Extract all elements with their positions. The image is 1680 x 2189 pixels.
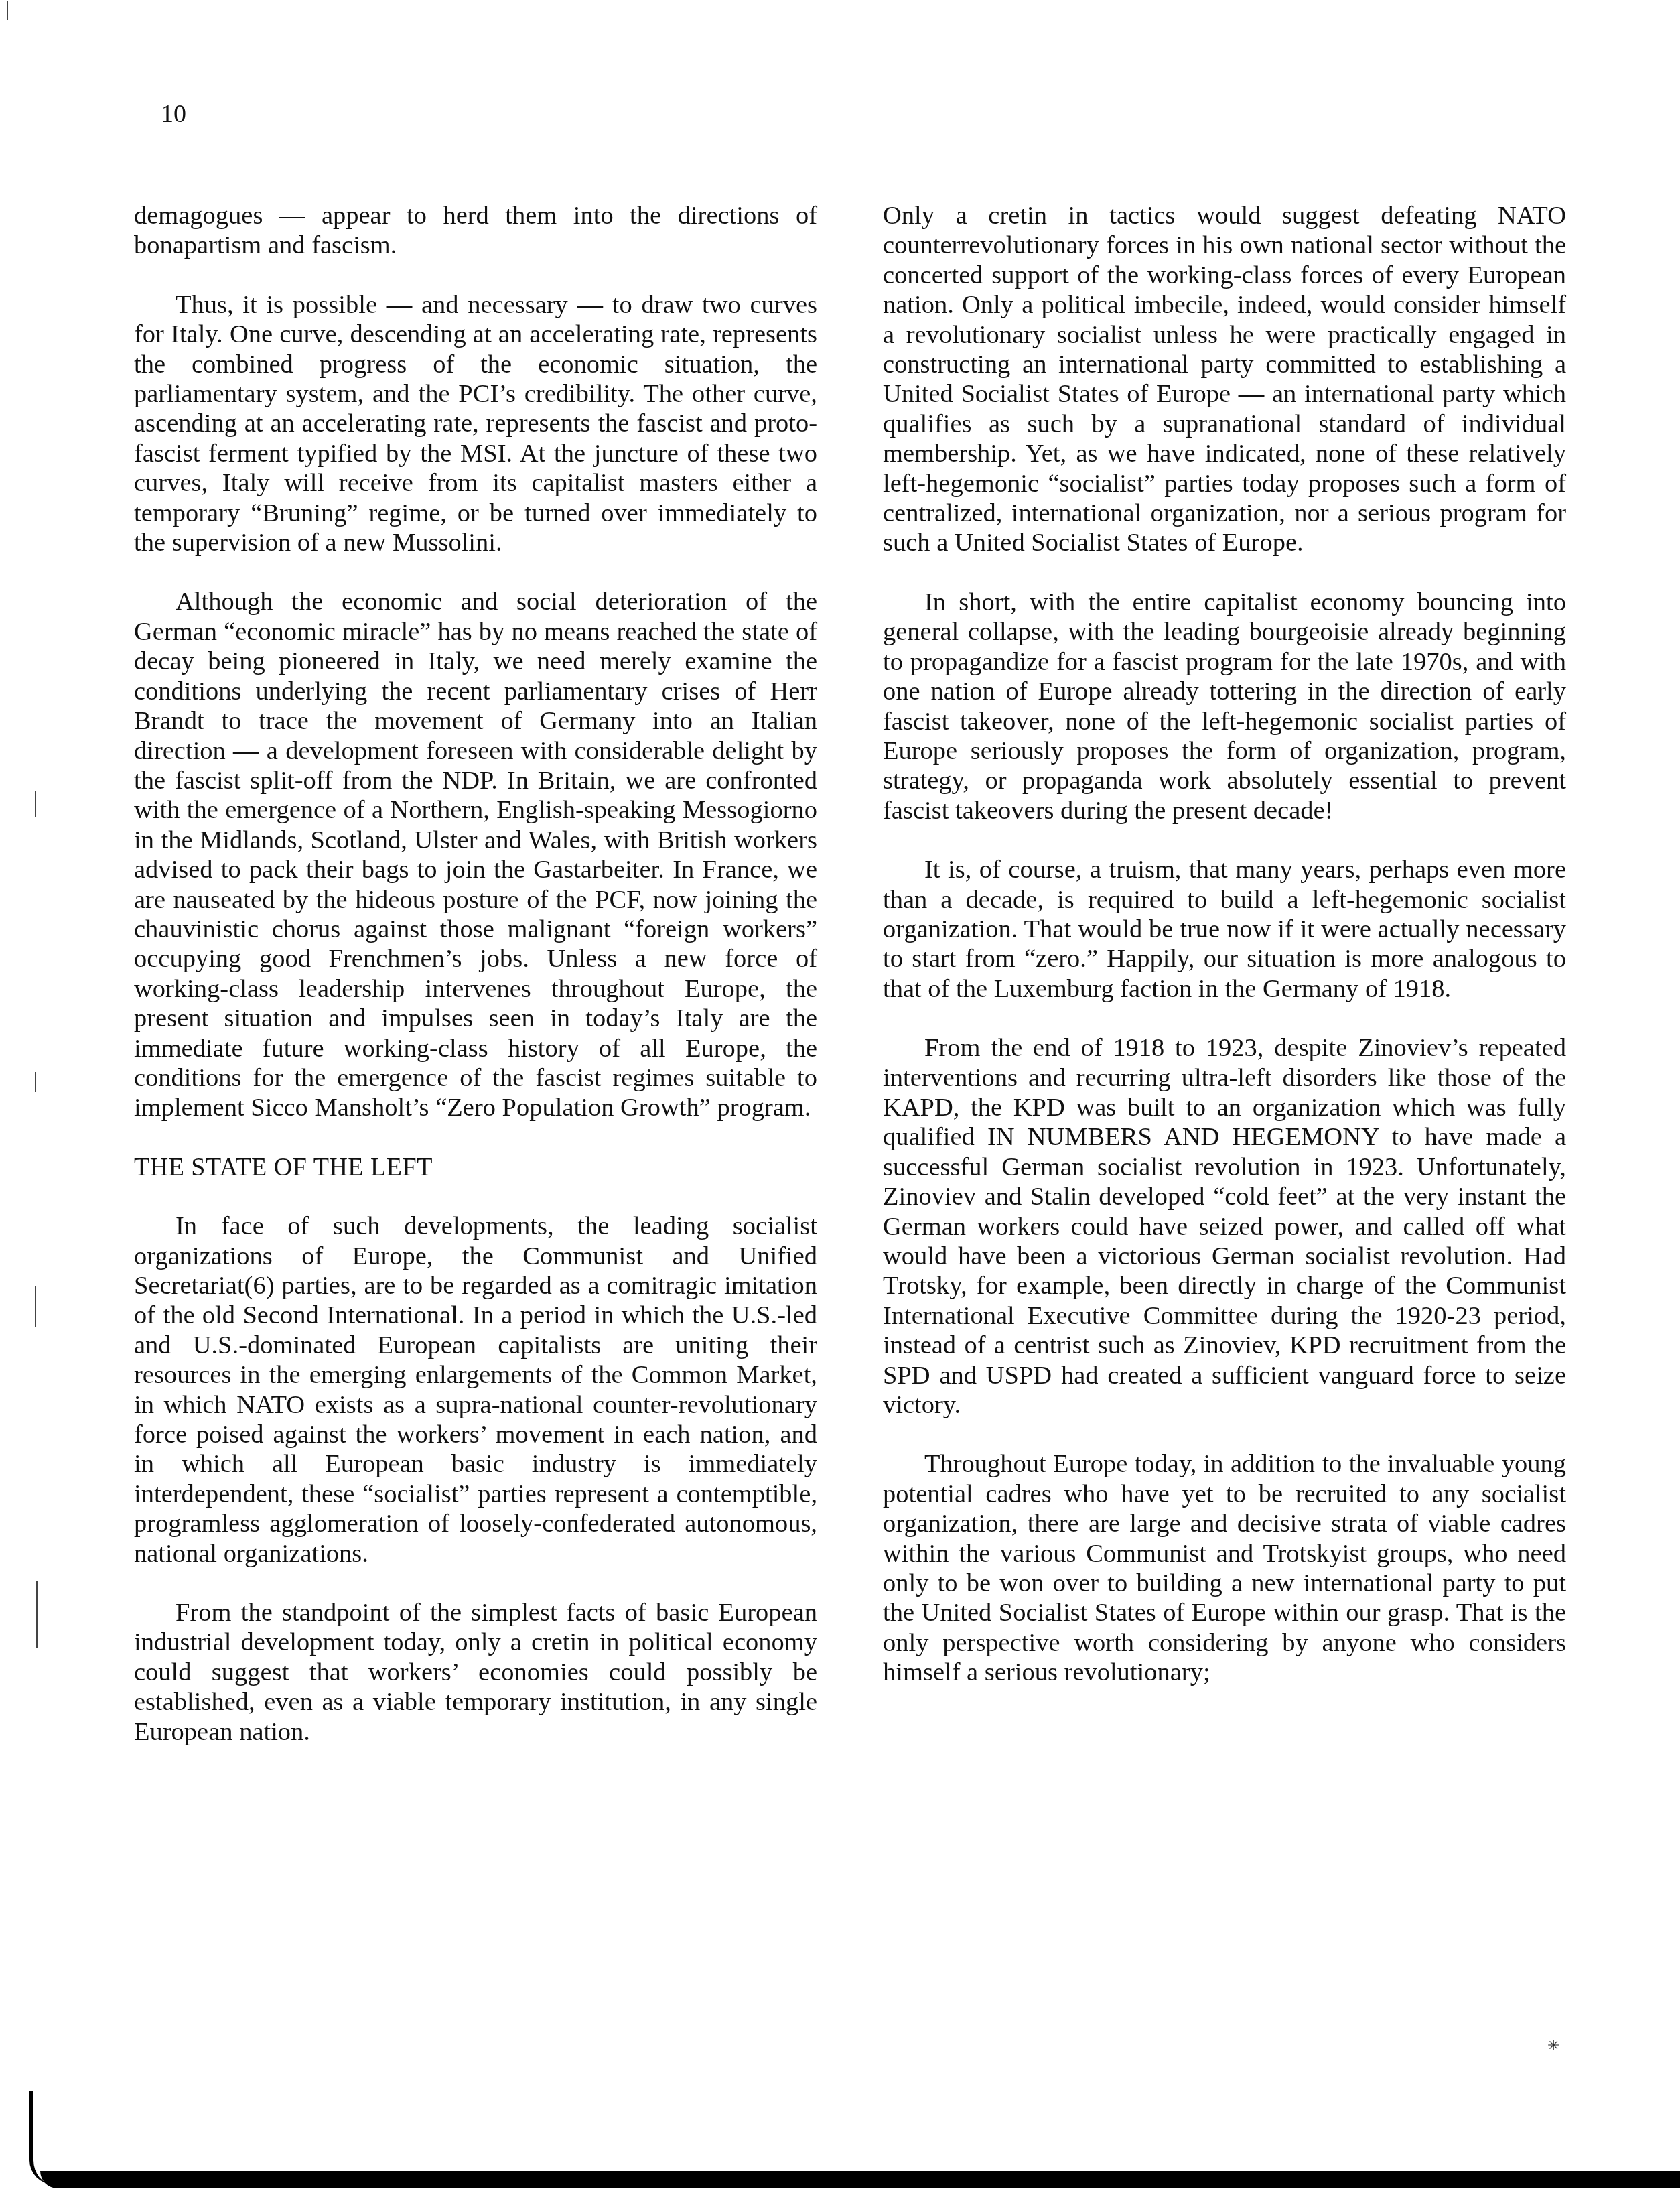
ink-smudge-icon: ✳ bbox=[1547, 2037, 1559, 2054]
paragraph: Only a cretin in tactics would suggest d… bbox=[883, 201, 1566, 558]
section-heading: THE STATE OF THE LEFT bbox=[134, 1152, 817, 1182]
paragraph: demagogues — appear to herd them into th… bbox=[134, 201, 817, 261]
scan-edge-mark bbox=[35, 1286, 36, 1327]
page-number: 10 bbox=[161, 99, 186, 129]
right-column: Only a cretin in tactics would suggest d… bbox=[883, 201, 1566, 1717]
paragraph: Throughout Europe today, in addition to … bbox=[883, 1449, 1566, 1687]
paragraph: Although the economic and social deterio… bbox=[134, 587, 817, 1122]
paragraph: From the standpoint of the simplest fact… bbox=[134, 1598, 817, 1747]
scan-bottom-border bbox=[40, 2171, 1680, 2188]
paragraph: In short, with the entire capitalist eco… bbox=[883, 588, 1566, 825]
left-column: demagogues — appear to herd them into th… bbox=[134, 201, 817, 1776]
paragraph: It is, of course, a truism, that many ye… bbox=[883, 855, 1566, 1004]
paragraph: From the end of 1918 to 1923, despite Zi… bbox=[883, 1033, 1566, 1420]
scan-edge-mark bbox=[7, 1, 8, 20]
scan-border-curve bbox=[29, 2091, 54, 2184]
paragraph: In face of such developments, the leadin… bbox=[134, 1211, 817, 1569]
scan-edge-mark bbox=[36, 1581, 38, 1648]
paragraph: Thus, it is possible — and necessary — t… bbox=[134, 290, 817, 558]
scan-edge-mark bbox=[35, 791, 36, 817]
scan-edge-mark bbox=[35, 1072, 36, 1092]
